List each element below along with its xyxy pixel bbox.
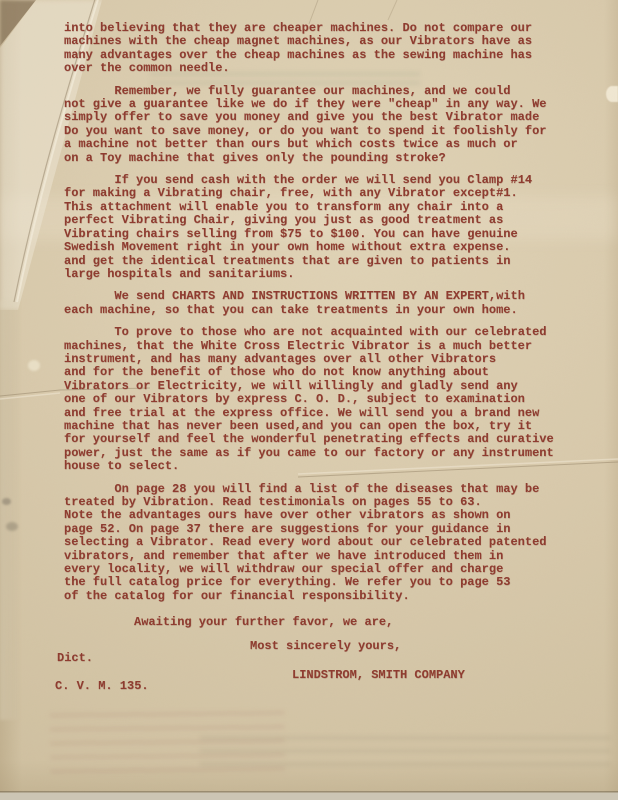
ink-bleedthrough	[200, 736, 610, 766]
paper-smudge	[6, 522, 18, 531]
paper-stain-spot	[28, 360, 40, 371]
letter-body: into believing that they are cheaper mac…	[64, 22, 576, 612]
paper-edge-mottling	[0, 300, 20, 720]
closing-awaiting-line: Awaiting your further favor, we are,	[134, 616, 393, 629]
company-signature: LINDSTROM, SMITH COMPANY	[292, 669, 465, 682]
letter-paragraph-4: We send CHARTS AND INSTRUCTIONS WRITTEN …	[64, 290, 576, 317]
closing-valediction: Most sincerely yours,	[250, 640, 401, 653]
dictation-initials: Dict.	[57, 652, 93, 665]
letter-paragraph-2: Remember, we fully guarantee our machine…	[64, 85, 576, 165]
letter-paragraph-5: To prove to those who are not acquainted…	[64, 326, 576, 473]
letter-paragraph-6: On page 28 you will find a list of the d…	[64, 483, 576, 604]
ink-bleedthrough	[50, 711, 286, 775]
letter-page: into believing that they are cheaper mac…	[0, 0, 618, 800]
paper-smudge	[2, 498, 11, 505]
letter-paragraph-1: into believing that they are cheaper mac…	[64, 22, 576, 76]
letter-paragraph-3: If you send cash with the order we will …	[64, 174, 576, 281]
folded-corner-shadow	[0, 0, 46, 58]
paper-bottom-edge	[0, 791, 618, 800]
paper-edge-chip	[606, 86, 618, 102]
reference-number: C. V. M. 135.	[55, 680, 149, 693]
